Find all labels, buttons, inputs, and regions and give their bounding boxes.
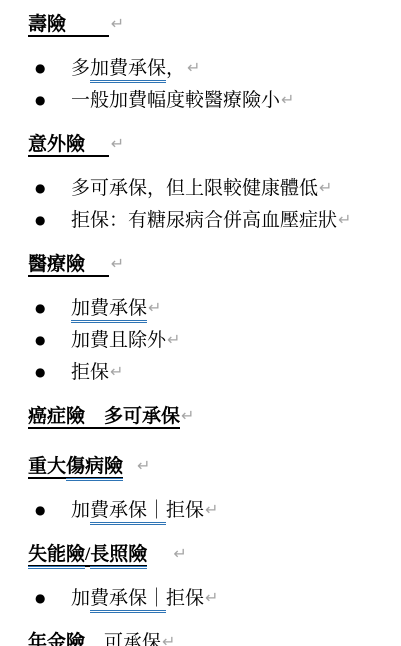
bullet-medical-2: ●加費且除外↵ — [28, 329, 401, 352]
double-underline-segment: 傷病險 — [66, 456, 123, 481]
text-segment: 可承保 — [85, 632, 161, 646]
bullet-life-2: ●一般加費幅度較醫療險小↵ — [28, 89, 401, 112]
text-segment: 一般加費幅度較醫療險小 — [71, 90, 280, 111]
text-segment: 多可承保，但上限較健康體低 — [71, 178, 318, 199]
double-underline-segment: 費承保｜ — [90, 500, 166, 525]
text-segment: 加費承保 — [71, 298, 147, 319]
paragraph-mark-icon: ↵ — [187, 58, 200, 77]
bullet-medical-1: ●加費承保↵ — [28, 297, 401, 320]
paragraph-mark-icon: ↵ — [137, 456, 150, 475]
bullet-life-1: ●多加費承保，↵ — [28, 57, 401, 80]
paragraph-mark-icon: ↵ — [181, 406, 194, 425]
bullet-icon: ● — [35, 329, 71, 351]
heading-major-illness-insurance: 重大傷病險↵ — [28, 455, 401, 478]
text-segment: 重大 — [28, 456, 66, 477]
underline-trail — [66, 14, 109, 37]
underline-segment: 重大 — [28, 456, 66, 479]
bullet-icon: ● — [35, 177, 71, 199]
bullet-icon: ● — [35, 89, 71, 111]
word-document-page: { "document": { "background": "#ffffff",… — [0, 0, 401, 646]
paragraph-mark-icon: ↵ — [110, 362, 123, 381]
bullet-icon: ● — [35, 499, 71, 521]
document-content: 壽險 ↵●多加費承保，↵●一般加費幅度較醫療險小↵意外險 ↵●多可承保，但上限較… — [28, 13, 401, 646]
bullet-icon: ● — [35, 57, 71, 79]
paragraph-mark-icon: ↵ — [281, 90, 294, 109]
paragraph-mark-icon: ↵ — [205, 500, 218, 519]
paragraph-mark-icon: ↵ — [205, 588, 218, 607]
heading-medical-insurance: 醫療險 ↵ — [28, 253, 401, 276]
underline-segment: 失能險 — [28, 544, 85, 566]
heading-cancer-insurance: 癌症險 多可承保↵ — [28, 405, 401, 428]
bullet-medical-3: ●拒保↵ — [28, 361, 401, 384]
text-segment: 拒保 — [166, 588, 204, 609]
text-segment: 費承保｜ — [90, 500, 166, 521]
text-segment: 癌症險 多可承保 — [28, 406, 180, 427]
underline-segment: 壽險 — [28, 14, 66, 37]
bullet-icon: ● — [35, 361, 71, 383]
text-segment: 加費且除外 — [71, 330, 166, 351]
paragraph-mark-icon: ↵ — [167, 330, 180, 349]
text-segment: 壽險 — [28, 14, 66, 35]
text-segment: 多 — [71, 58, 90, 79]
paragraph-mark-icon: ↵ — [162, 632, 175, 646]
bullet-icon: ● — [35, 587, 71, 609]
double-underline-segment: 加費承保 — [90, 58, 166, 83]
bullet-icon: ● — [35, 209, 71, 231]
text-segment: 失能險 — [28, 544, 85, 565]
bullet-icon: ● — [35, 297, 71, 319]
heading-disability-ltc-insurance: 失能險/長照險↵ — [28, 543, 401, 566]
underline-segment: 癌症險 多可承保 — [28, 406, 180, 429]
bullet-accident-1: ●多可承保，但上限較健康體低↵ — [28, 177, 401, 200]
text-segment: 拒保 — [71, 362, 109, 383]
bullet-disability-1: ●加費承保｜拒保↵ — [28, 587, 401, 610]
text-segment: ， — [166, 58, 185, 79]
double-underline-segment: 失能險 — [28, 544, 85, 569]
bullet-accident-2: ●拒保：有糖尿病合併高血壓症狀↵ — [28, 209, 401, 232]
paragraph-mark-icon: ↵ — [173, 544, 186, 563]
paragraph-mark-icon: ↵ — [111, 14, 124, 33]
paragraph-mark-icon: ↵ — [338, 210, 351, 229]
text-segment: 拒保 — [166, 500, 204, 521]
text-segment: 年金險 — [28, 632, 85, 646]
text-segment: 加 — [71, 588, 90, 609]
text-segment: 醫療險 — [28, 254, 85, 275]
underline-segment: 傷病險 — [66, 456, 123, 478]
underline-trail — [85, 134, 109, 157]
paragraph-mark-icon: ↵ — [111, 254, 124, 273]
heading-accident-insurance: 意外險 ↵ — [28, 133, 401, 156]
double-underline-segment: 加費承保 — [71, 298, 147, 323]
paragraph-mark-icon: ↵ — [319, 178, 332, 197]
heading-life-insurance: 壽險 ↵ — [28, 13, 401, 36]
paragraph-mark-icon: ↵ — [148, 298, 161, 317]
text-segment: 長照險 — [90, 544, 147, 565]
text-segment: 意外險 — [28, 134, 85, 155]
text-segment: 傷病險 — [66, 456, 123, 477]
bullet-major-illness-1: ●加費承保｜拒保↵ — [28, 499, 401, 522]
underline-segment: 意外險 — [28, 134, 85, 157]
underline-trail — [85, 254, 109, 277]
heading-annuity-insurance: 年金險 可承保↵ — [28, 631, 401, 646]
underline-segment: 醫療險 — [28, 254, 85, 277]
underline-segment: 長照險 — [90, 544, 147, 566]
paragraph-mark-icon: ↵ — [111, 134, 124, 153]
text-segment: 拒保：有糖尿病合併高血壓症狀 — [71, 210, 337, 231]
text-segment: 費承保｜ — [90, 588, 166, 609]
text-segment: 加費承保 — [90, 58, 166, 79]
double-underline-segment: 長照險 — [90, 544, 147, 569]
text-segment: 加 — [71, 500, 90, 521]
double-underline-segment: 費承保｜ — [90, 588, 166, 613]
